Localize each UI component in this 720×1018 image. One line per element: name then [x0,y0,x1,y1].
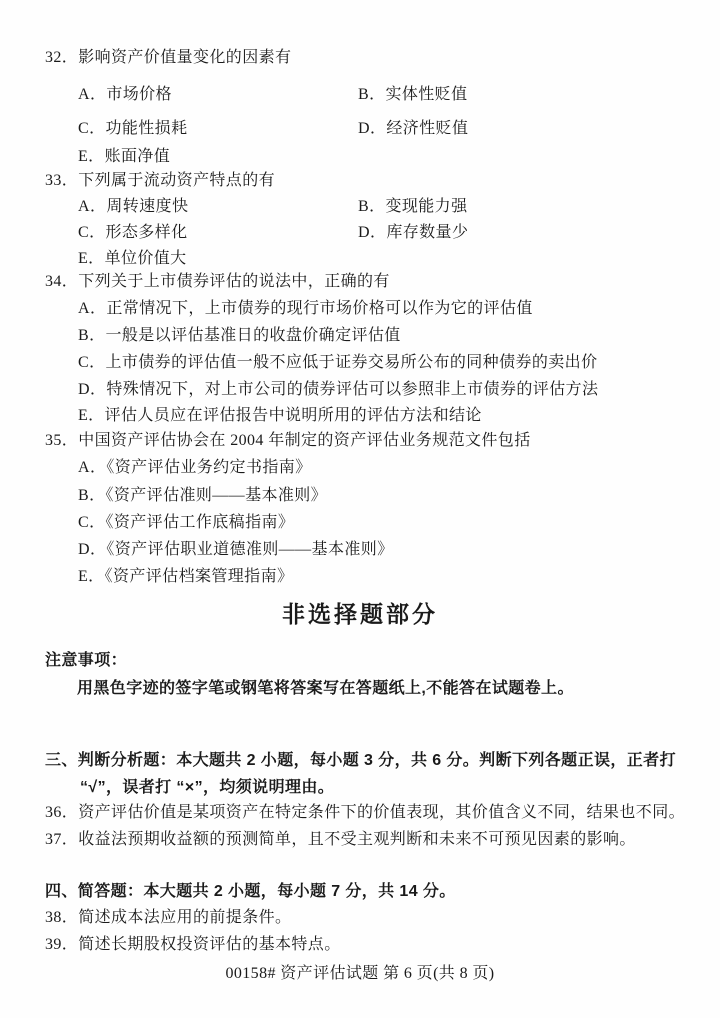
question-39: 39．简述长期股权投资评估的基本特点。 [45,935,341,954]
page-footer: 00158# 资产评估试题 第 6 页(共 8 页) [0,964,720,983]
question-35-option-e: E．《资产评估档案管理指南》 [78,567,293,586]
question-33-option-d: D．库存数量少 [358,223,468,242]
question-36-number: 36． [45,803,78,822]
question-37-number: 37． [45,830,78,849]
question-33-stem: 下列属于流动资产特点的有 [78,172,275,189]
judgment-section-header-line1: 三、判断分析题：本大题共 2 小题，每小题 3 分，共 6 分。判断下列各题正误… [45,751,676,770]
question-32-option-a: A．市场价格 [78,85,172,104]
question-34-option-e: E．评估人员应在评估报告中说明所用的评估方法和结论 [78,406,482,425]
section-heading: 非选择题部分 [0,600,720,628]
question-34-option-a: A．正常情况下，上市债券的现行市场价格可以作为它的评估值 [78,299,533,318]
question-35: 35．中国资产评估协会在 2004 年制定的资产评估业务规范文件包括 [45,431,531,450]
exam-paper-page: 32．影响资产价值量变化的因素有 A．市场价格 B．实体性贬值 C．功能性损耗 … [0,0,720,1018]
question-37-text: 收益法预期收益额的预测简单，且不受主观判断和未来不可预见因素的影响。 [78,831,636,848]
question-35-option-a: A．《资产评估业务约定书指南》 [78,458,312,477]
question-32-number: 32． [45,48,78,67]
question-34-number: 34． [45,272,78,291]
question-34-option-d: D．特殊情况下，对上市公司的债券评估可以参照非上市债券的评估方法 [78,380,598,399]
question-39-number: 39． [45,935,78,954]
question-36: 36．资产评估价值是某项资产在特定条件下的价值表现，其价值含义不同，结果也不同。 [45,803,685,822]
question-33: 33．下列属于流动资产特点的有 [45,171,275,190]
question-36-text: 资产评估价值是某项资产在特定条件下的价值表现，其价值含义不同，结果也不同。 [78,804,685,821]
question-32-stem: 影响资产价值量变化的因素有 [78,49,291,66]
question-33-option-c: C．形态多样化 [78,223,187,242]
notice-text: 用黑色字迹的签字笔或钢笔将答案写在答题纸上,不能答在试题卷上。 [77,679,574,698]
question-38-number: 38． [45,908,78,927]
question-33-option-e: E．单位价值大 [78,249,187,268]
question-35-stem: 中国资产评估协会在 2004 年制定的资产评估业务规范文件包括 [78,432,530,449]
question-34-stem: 下列关于上市债券评估的说法中，正确的有 [78,273,390,290]
question-38-text: 简述成本法应用的前提条件。 [78,909,291,926]
question-39-text: 简述长期股权投资评估的基本特点。 [78,936,340,953]
question-37: 37．收益法预期收益额的预测简单，且不受主观判断和未来不可预见因素的影响。 [45,830,636,849]
notice-label: 注意事项： [45,651,127,670]
short-answer-section-header: 四、简答题：本大题共 2 小题，每小题 7 分，共 14 分。 [45,882,456,901]
question-34-option-c: C．上市债券的评估值一般不应低于证券交易所公布的同种债券的卖出价 [78,353,597,372]
question-32-option-c: C．功能性损耗 [78,119,187,138]
question-34: 34．下列关于上市债券评估的说法中，正确的有 [45,272,390,291]
question-33-number: 33． [45,171,78,190]
question-35-option-d: D．《资产评估职业道德准则——基本准则》 [78,540,394,559]
question-32-option-b: B．实体性贬值 [358,85,467,104]
question-33-option-b: B．变现能力强 [358,197,467,216]
question-35-number: 35． [45,431,78,450]
question-32: 32．影响资产价值量变化的因素有 [45,48,291,67]
question-32-option-e: E．账面净值 [78,147,170,166]
question-33-option-a: A．周转速度快 [78,197,188,216]
question-35-option-c: C．《资产评估工作底稿指南》 [78,513,294,532]
question-38: 38．简述成本法应用的前提条件。 [45,908,291,927]
question-35-option-b: B．《资产评估准则——基本准则》 [78,486,327,505]
question-34-option-b: B．一般是以评估基准日的收盘价确定评估值 [78,326,401,345]
judgment-section-header-line2: “√”，误者打 “×”，均须说明理由。 [80,778,334,797]
question-32-option-d: D．经济性贬值 [358,119,468,138]
